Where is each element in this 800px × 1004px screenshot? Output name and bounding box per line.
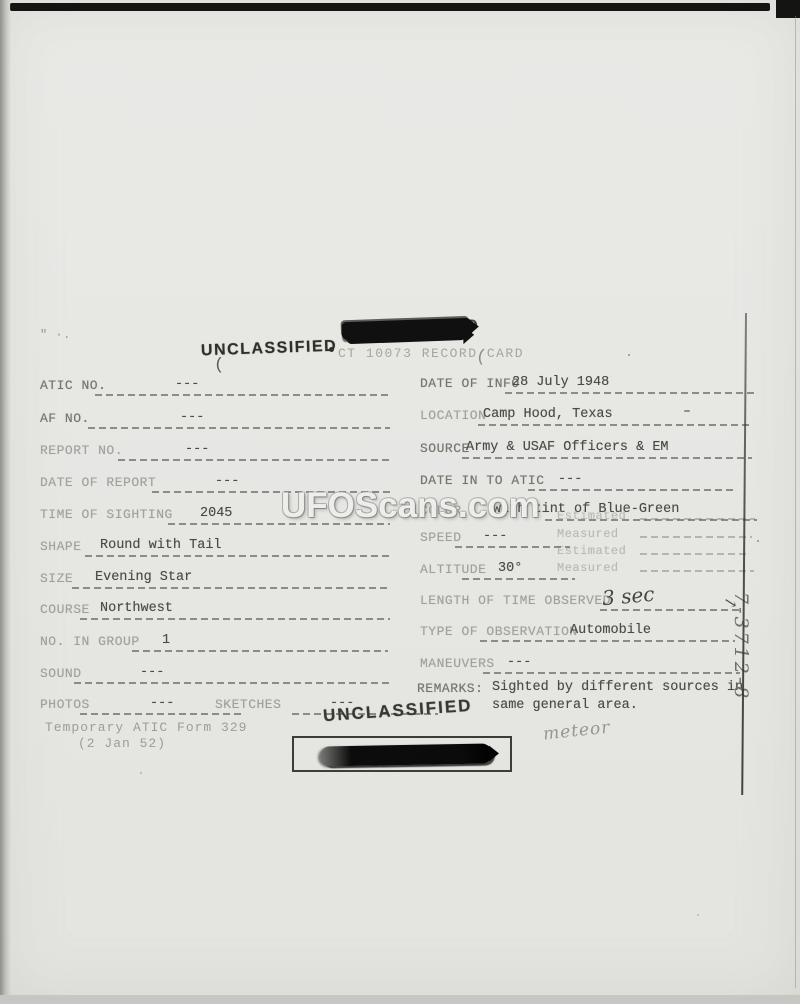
field-underline <box>505 392 757 394</box>
field-no-in-group: NO. IN GROUP 1 <box>40 634 140 654</box>
field-value: Evening Star <box>95 570 192 585</box>
speck <box>697 914 699 916</box>
field-value: 1 <box>162 633 170 648</box>
speck <box>140 772 142 774</box>
paren-mark: ( <box>214 356 224 375</box>
form-number-line2: (2 Jan 52) <box>78 736 166 751</box>
field-label: ATIC NO. <box>40 378 106 393</box>
field-value: Round with Tail <box>100 538 222 553</box>
field-value-photos: --- <box>150 696 174 711</box>
field-underline <box>118 459 390 461</box>
field-value: --- <box>175 377 199 392</box>
field-length-of-time-observed: LENGTH OF TIME OBSERVED <box>420 593 611 613</box>
field-label-photos: PHOTOS <box>40 697 90 712</box>
field-underline <box>95 394 390 396</box>
field-underline <box>462 457 752 459</box>
field-label: SOUND <box>40 666 82 681</box>
field-value: --- <box>180 410 204 425</box>
field-underline <box>80 618 390 620</box>
field-value: Northwest <box>100 601 173 616</box>
field-af-no: AF NO. --- <box>40 411 90 431</box>
field-maneuvers: MANEUVERS --- <box>420 656 495 676</box>
field-time-of-sighting: TIME OF SIGHTING 2045 <box>40 507 173 527</box>
sublabel-line <box>640 518 755 520</box>
sublabel-speed-estimated: Estimated <box>557 509 626 529</box>
field-label: TIME OF SIGHTING <box>40 507 173 522</box>
field-label: COURSE <box>40 602 90 617</box>
sublabel-line <box>640 570 754 572</box>
sublabel-altitude-measured: Measured <box>557 561 619 581</box>
stray-pen-marks: " ·. <box>40 328 71 348</box>
sublabel: Measured <box>557 561 619 575</box>
field-value: --- <box>215 474 239 489</box>
remarks-line2: same general area. <box>492 698 638 718</box>
field-location: LOCATION Camp Hood, Texas <box>420 408 486 428</box>
scan-left-edge-shadow <box>0 0 11 1004</box>
field-label: LENGTH OF TIME OBSERVED <box>420 593 611 608</box>
field-value: --- <box>140 665 164 680</box>
field-label: SHAPE <box>40 539 82 554</box>
field-underline <box>455 546 570 548</box>
sublabel-line <box>640 553 748 555</box>
field-value: --- <box>558 472 582 487</box>
field-underline <box>483 672 740 674</box>
field-label: SPEED <box>420 530 462 545</box>
speck <box>757 540 759 542</box>
field-value: 2045 <box>200 506 232 521</box>
field-atic-no: ATIC NO. --- <box>40 378 106 398</box>
field-underline <box>478 424 750 426</box>
field-underline <box>528 489 735 491</box>
field-value: Automobile <box>570 623 651 638</box>
scan-bottom-edge <box>0 995 800 1004</box>
field-label: MANEUVERS <box>420 656 495 671</box>
field-course: COURSE Northwest <box>40 602 90 622</box>
field-underline <box>480 640 735 642</box>
field-value: Army & USAF Officers & EM <box>466 440 669 455</box>
field-label: REPORT NO. <box>40 443 123 458</box>
field-underline <box>72 587 390 589</box>
remarks-line1: Sighted by different sources in <box>492 680 743 700</box>
field-label: ALTITUDE <box>420 562 486 577</box>
scan-top-edge <box>10 3 770 11</box>
field-value: --- <box>507 655 531 670</box>
field-label: DATE OF REPORT <box>40 475 156 490</box>
sublabel-line <box>640 536 752 538</box>
field-underline <box>88 427 390 429</box>
field-size: SIZE Evening Star <box>40 571 73 591</box>
field-label: SIZE <box>40 571 73 586</box>
field-value: --- <box>185 442 209 457</box>
field-shape: SHAPE Round with Tail <box>40 539 82 559</box>
field-speed: SPEED --- <box>420 530 462 550</box>
scanned-record-card: " ·. UNCLASSIFIED ( CT 10073 RECORD CARD… <box>0 0 800 1004</box>
field-label-sketches: SKETCHES <box>215 697 281 712</box>
field-underline <box>132 650 388 652</box>
restricted-stamp-obliterated: RESTRICTED <box>342 315 475 350</box>
sublabel: Estimated <box>557 544 626 558</box>
field-value: Camp Hood, Texas <box>483 407 613 422</box>
field-underline <box>74 682 390 684</box>
field-source: SOURCE Army & USAF Officers & EM <box>420 441 470 461</box>
field-altitude: ALTITUDE 30° <box>420 562 486 582</box>
field-report-no: REPORT NO. --- <box>40 443 123 463</box>
field-label: DATE OF INFO <box>420 376 520 391</box>
field-label: NO. IN GROUP <box>40 634 140 649</box>
scan-top-right-corner <box>776 0 800 18</box>
field-value: 30° <box>498 561 522 576</box>
field-value: 28 July 1948 <box>512 375 609 390</box>
field-label: LOCATION <box>420 408 486 423</box>
form-number-line1: Temporary ATIC Form 329 <box>45 720 247 735</box>
paren-mark: ( <box>475 347 488 367</box>
speck <box>628 354 630 356</box>
stamp-dot <box>329 347 334 352</box>
field-label: SOURCE <box>420 441 470 456</box>
speck <box>684 410 690 412</box>
field-sound: SOUND --- <box>40 666 82 686</box>
sublabel: Estimated <box>557 509 626 523</box>
field-photos-sketches: PHOTOS --- SKETCHES --- <box>40 697 90 717</box>
field-date-of-report: DATE OF REPORT --- <box>40 475 156 495</box>
sublabel: Measured <box>557 527 619 541</box>
handwritten-time-observed: 3 sec <box>601 582 655 610</box>
field-value: --- <box>483 529 507 544</box>
field-label: TYPE OF OBSERVATION <box>420 624 578 639</box>
field-date-of-info: DATE OF INFO 28 July 1948 <box>420 376 520 396</box>
marker-scribble <box>320 744 492 767</box>
scan-right-edge-line <box>795 16 796 988</box>
field-label: AF NO. <box>40 411 90 426</box>
field-underline <box>80 713 245 715</box>
field-underline <box>600 609 740 611</box>
watermark: UFOScans.com <box>281 486 540 526</box>
restricted-stamp-box <box>292 736 512 772</box>
field-underline <box>85 555 390 557</box>
handwritten-note-meteor: meteor <box>542 718 611 745</box>
field-type-of-observation: TYPE OF OBSERVATION Automobile <box>420 624 578 644</box>
